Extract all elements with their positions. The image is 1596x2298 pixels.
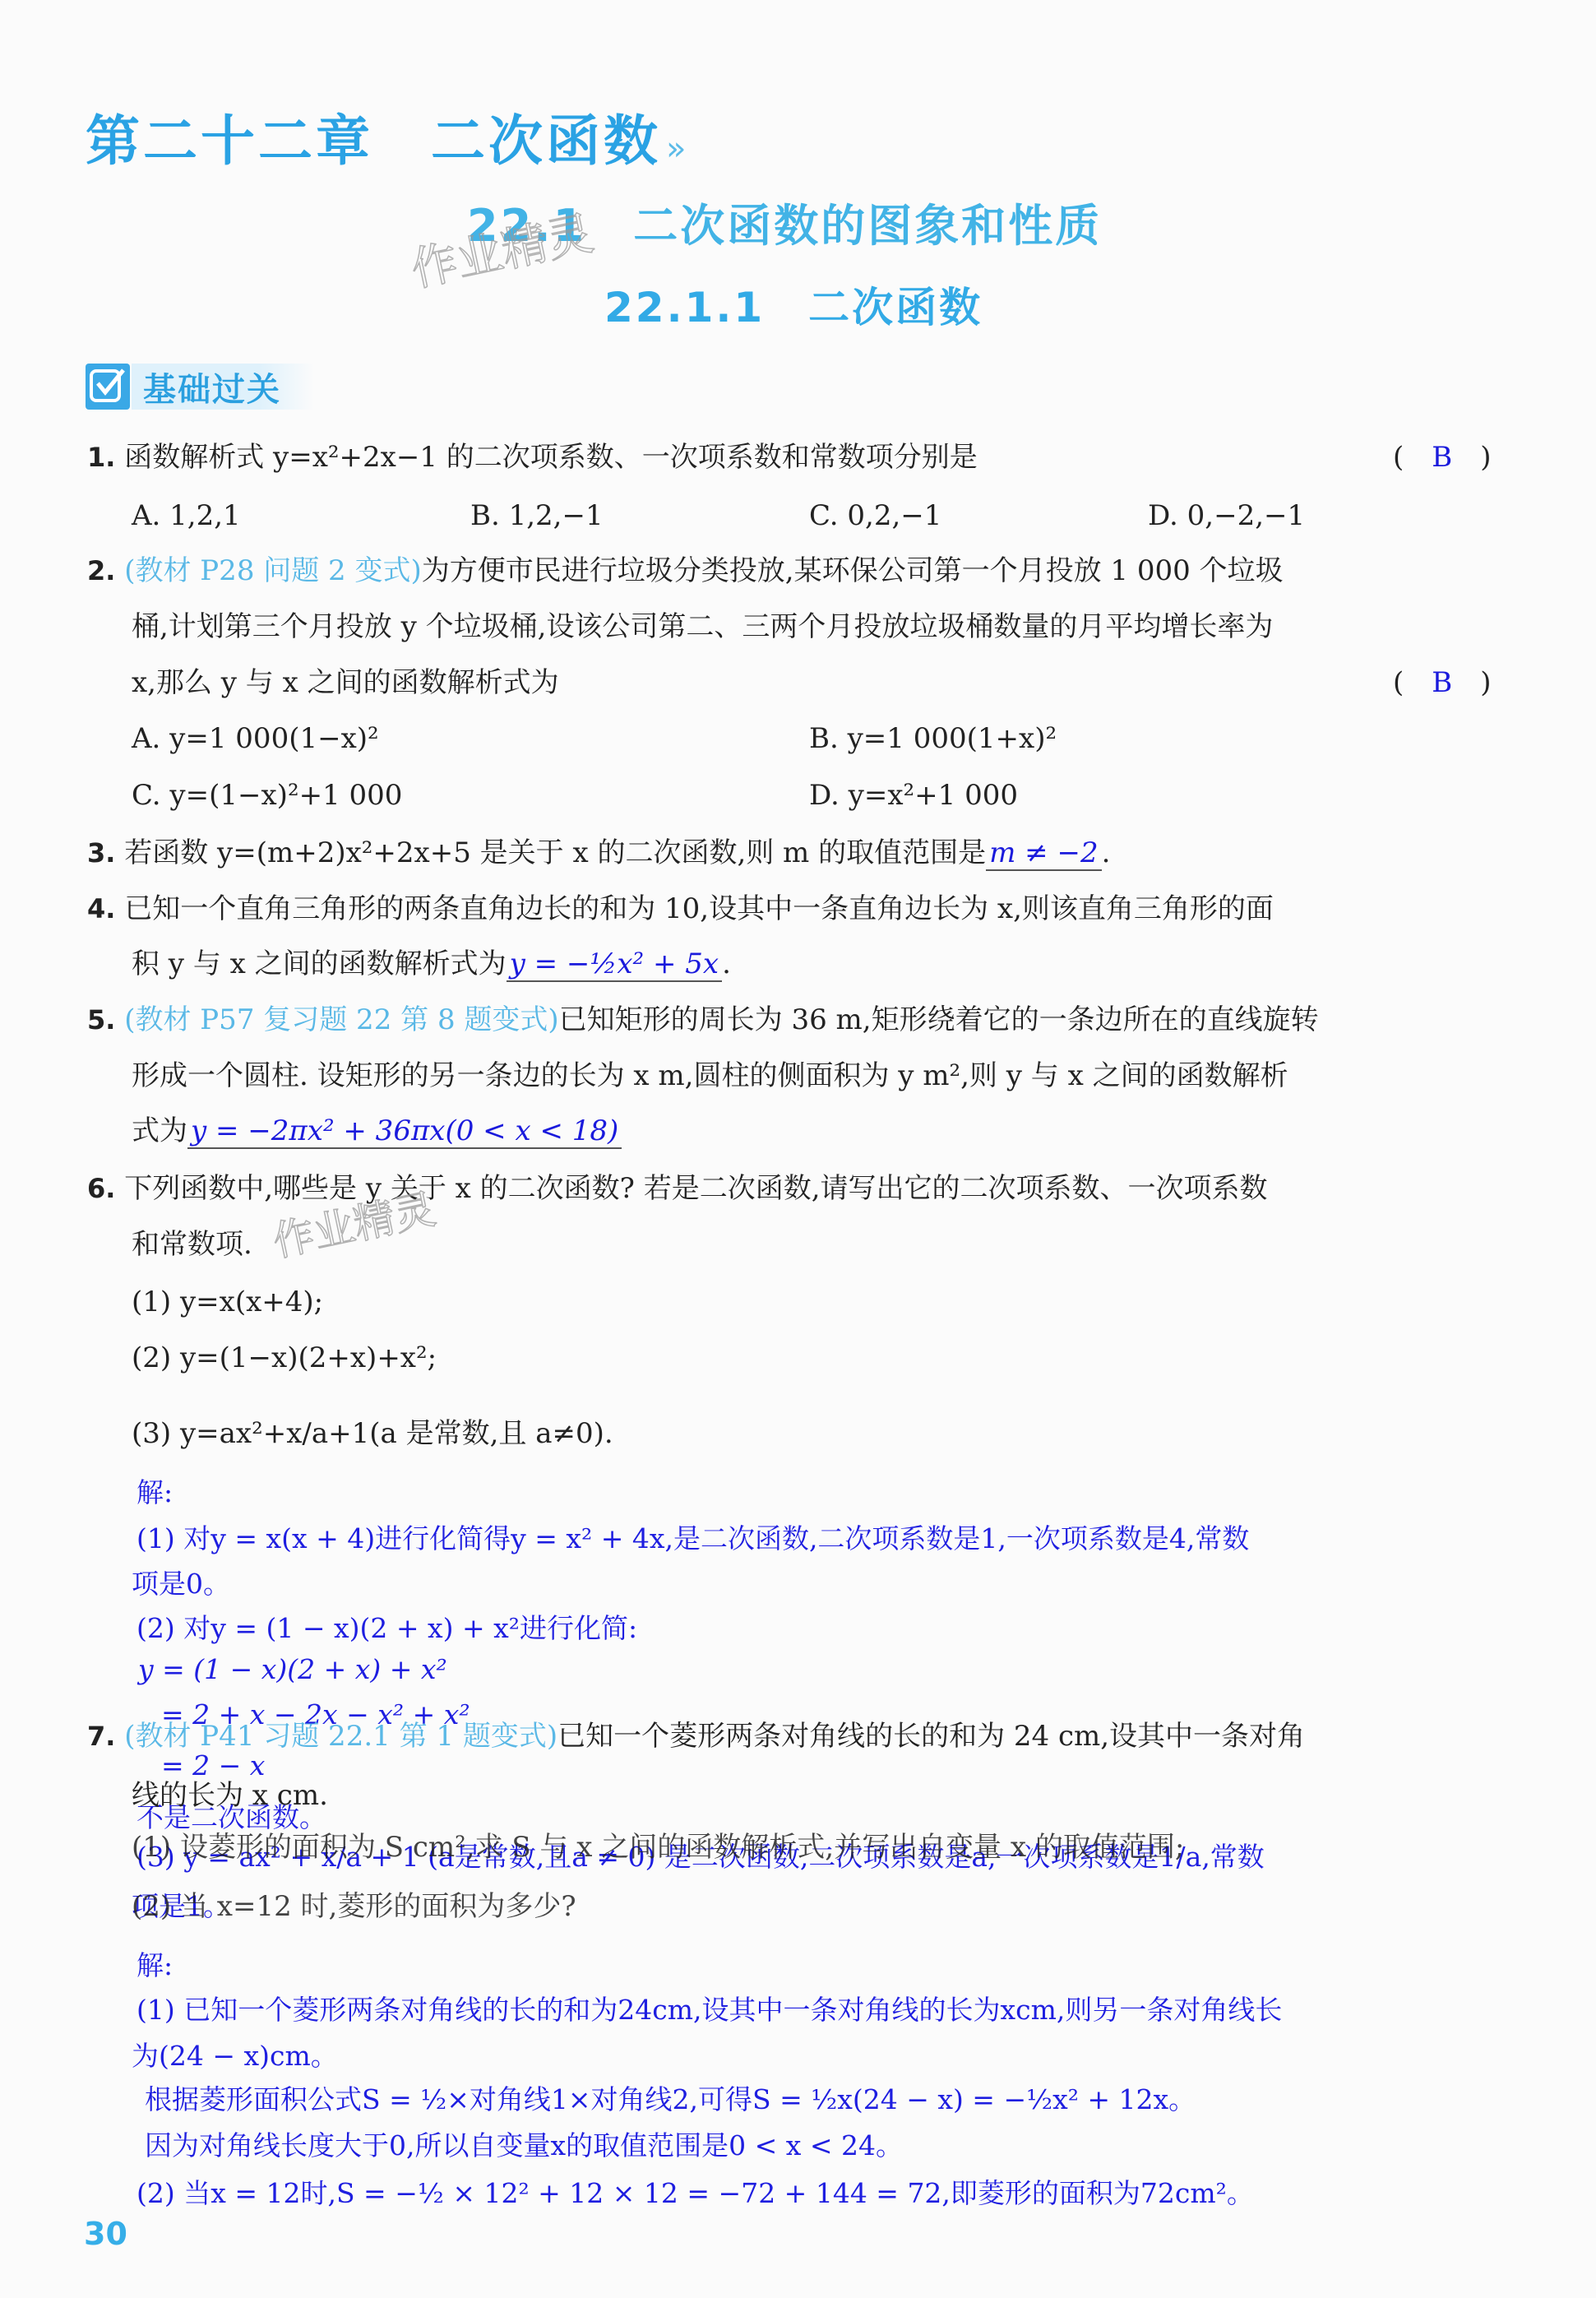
solution-line: 因为对角线长度大于0,所以自变量x的取值范围是0 < x < 24。 — [145, 2129, 903, 2162]
sub-question: (3) y=ax²+x/a+1(a 是常数,且 a≠0). — [132, 1417, 613, 1450]
question-number: 7. — [87, 1721, 115, 1752]
solution-line: y = (1 − x)(2 + x) + x² — [138, 1653, 447, 1686]
fill-answer: m ≠ −2 — [986, 836, 1101, 871]
question-number: 2. — [87, 555, 115, 586]
question-text: 为方便市民进行垃圾分类投放,某环保公司第一个月投放 1 000 个垃圾 — [422, 554, 1284, 587]
question-text: 若函数 y=(m+2)x²+2x+5 是关于 x 的二次函数,则 m 的取值范围… — [124, 836, 986, 869]
question-text: 函数解析式 y=x²+2x−1 的二次项系数、一次项系数和常数项分别是 — [124, 441, 978, 474]
question-number: 6. — [87, 1173, 115, 1204]
question-number: 4. — [87, 893, 115, 924]
question-text: x,那么 y 与 x 之间的函数解析式为 — [132, 666, 559, 699]
fill-answer: y = −2πx² + 36πx(0 < x < 18) — [187, 1114, 622, 1149]
question-text: 已知一个菱形两条对角线的长的和为 24 cm,设其中一条对角 — [557, 1720, 1305, 1753]
double-chevron-icon: » — [666, 130, 689, 168]
option-d: D. 0,−2,−1 — [1148, 499, 1305, 532]
question-6: 6. 下列函数中,哪些是 y 关于 x 的二次函数? 若是二次函数,请写出它的二… — [87, 1172, 1268, 1205]
question-4: 4. 已知一个直角三角形的两条直角边长的和为 10,设其中一条直角边长为 x,则… — [87, 892, 1274, 925]
fill-answer: y = −½x² + 5x — [507, 947, 722, 982]
question-5: 5. (教材 P57 复习题 22 第 8 题变式)已知矩形的周长为 36 m,… — [87, 1003, 1319, 1036]
answer-choice: B — [1432, 441, 1452, 474]
solution-line: (2) 对y = (1 − x)(2 + x) + x²进行化简: — [136, 1612, 637, 1645]
question-1: 1. 函数解析式 y=x²+2x−1 的二次项系数、一次项系数和常数项分别是 — [87, 441, 978, 474]
solution-line: = 2 − x — [161, 1749, 265, 1782]
solution-label: 解: — [136, 1476, 173, 1509]
subsection-title: 22.1.1 二次函数 — [604, 275, 983, 334]
option-d: D. y=x²+1 000 — [809, 779, 1018, 812]
answer-choice: B — [1432, 666, 1452, 699]
option-a: A. y=1 000(1−x)² — [132, 722, 379, 755]
badge-label: 基础过关 — [132, 364, 314, 410]
sub-question: (1) 设菱形的面积为 S cm²,求 S 与 x 之间的函数解析式,并写出自变… — [132, 1831, 1184, 1864]
sub-question: (2) y=(1−x)(2+x)+x²; — [132, 1341, 437, 1374]
solution-line: (2) 当x = 12时,S = −½ × 12² + 12 × 12 = −7… — [136, 2177, 1254, 2210]
answer-bracket: ( B ) — [1393, 441, 1492, 474]
sub-question: (1) y=x(x+4); — [132, 1286, 323, 1318]
answer-bracket: ( B ) — [1393, 666, 1492, 699]
question-text: 已知矩形的周长为 36 m,矩形绕着它的一条边所在的直线旋转 — [559, 1003, 1319, 1036]
question-text: 积 y 与 x 之间的函数解析式为 — [132, 947, 507, 980]
option-c: C. y=(1−x)²+1 000 — [132, 779, 402, 812]
option-b: B. 1,2,−1 — [470, 499, 604, 532]
question-text: 已知一个直角三角形的两条直角边长的和为 10,设其中一条直角边长为 x,则该直角… — [124, 892, 1274, 925]
source-tag: (教材 P28 问题 2 变式) — [124, 554, 422, 587]
question-text-line: 积 y 与 x 之间的函数解析式为y = −½x² + 5x. — [132, 947, 731, 980]
option-b: B. y=1 000(1+x)² — [809, 722, 1057, 755]
question-text: 式为 — [132, 1114, 187, 1147]
source-tag: (教材 P41 习题 22.1 第 1 题变式) — [124, 1720, 557, 1753]
question-number: 1. — [87, 442, 115, 473]
question-text: 和常数项. — [132, 1228, 252, 1261]
question-number: 3. — [87, 837, 115, 869]
question-number: 5. — [87, 1004, 115, 1035]
solution-line: (1) 对y = x(x + 4)进行化简得y = x² + 4x,是二次函数,… — [136, 1522, 1249, 1555]
option-a: A. 1,2,1 — [132, 499, 241, 532]
question-text-line: 式为y = −2πx² + 36πx(0 < x < 18) — [132, 1114, 622, 1147]
solution-line: 根据菱形面积公式S = ½×对角线1×对角线2,可得S = ½x(24 − x)… — [145, 2083, 1196, 2116]
punctuation: . — [1102, 836, 1111, 869]
question-text: 桶,计划第三个月投放 y 个垃圾桶,设该公司第二、三两个月投放垃圾桶数量的月平均… — [132, 610, 1273, 643]
source-tag: (教材 P57 复习题 22 第 8 题变式) — [124, 1003, 558, 1036]
question-3: 3. 若函数 y=(m+2)x²+2x+5 是关于 x 的二次函数,则 m 的取… — [87, 836, 1110, 869]
chapter-title-text: 第二十二章 二次函数 — [86, 109, 661, 173]
section-badge: 基础过关 — [86, 362, 314, 411]
solution-line: 项是0。 — [132, 1568, 230, 1601]
solution-label: 解: — [136, 1949, 173, 1982]
solution-line: (1) 已知一个菱形两条对角线的长的和为24cm,设其中一条对角线的长为xcm,… — [136, 1994, 1282, 2027]
punctuation: . — [722, 947, 731, 980]
question-text: 线的长为 x cm. — [132, 1779, 328, 1812]
sub-question: (2) 当 x=12 时,菱形的面积为多少? — [132, 1890, 576, 1923]
question-2: 2. (教材 P28 问题 2 变式)为方便市民进行垃圾分类投放,某环保公司第一… — [87, 554, 1284, 587]
question-7: 7. (教材 P41 习题 22.1 第 1 题变式)已知一个菱形两条对角线的长… — [87, 1720, 1305, 1753]
question-text: 形成一个圆柱. 设矩形的另一条边的长为 x m,圆柱的侧面积为 y m²,则 y… — [132, 1059, 1288, 1092]
checkbox-check-icon — [86, 364, 130, 410]
page-number: 30 — [84, 2216, 127, 2252]
chapter-title: 第二十二章 二次函数» — [86, 97, 689, 175]
question-text: 下列函数中,哪些是 y 关于 x 的二次函数? 若是二次函数,请写出它的二次项系… — [124, 1172, 1267, 1205]
solution-line: 为(24 − x)cm。 — [132, 2040, 338, 2073]
option-c: C. 0,2,−1 — [809, 499, 941, 532]
